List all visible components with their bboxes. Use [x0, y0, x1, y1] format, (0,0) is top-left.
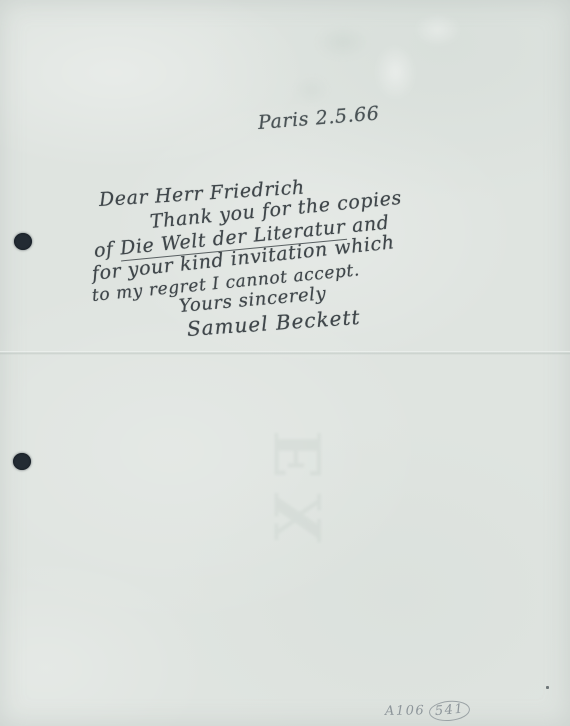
show-through-ghost-top: [280, 0, 490, 120]
scanned-letter-page: EX Paris 2.5.66 Dear Herr Friedrich Than…: [0, 0, 570, 726]
hole-punch-top: [14, 233, 32, 250]
paper-speck: [546, 686, 549, 689]
body-line-2-pre: of: [93, 238, 121, 262]
pencil-annotation: A106541: [385, 701, 471, 722]
dateline: Paris 2.5.66: [257, 102, 380, 133]
circled-lot-number: 541: [428, 699, 471, 723]
fold-crease: [0, 351, 570, 355]
show-through-ghost-vertical: EX: [262, 430, 337, 556]
hole-punch-bottom: [13, 453, 31, 470]
catalog-code: A106: [385, 703, 425, 719]
